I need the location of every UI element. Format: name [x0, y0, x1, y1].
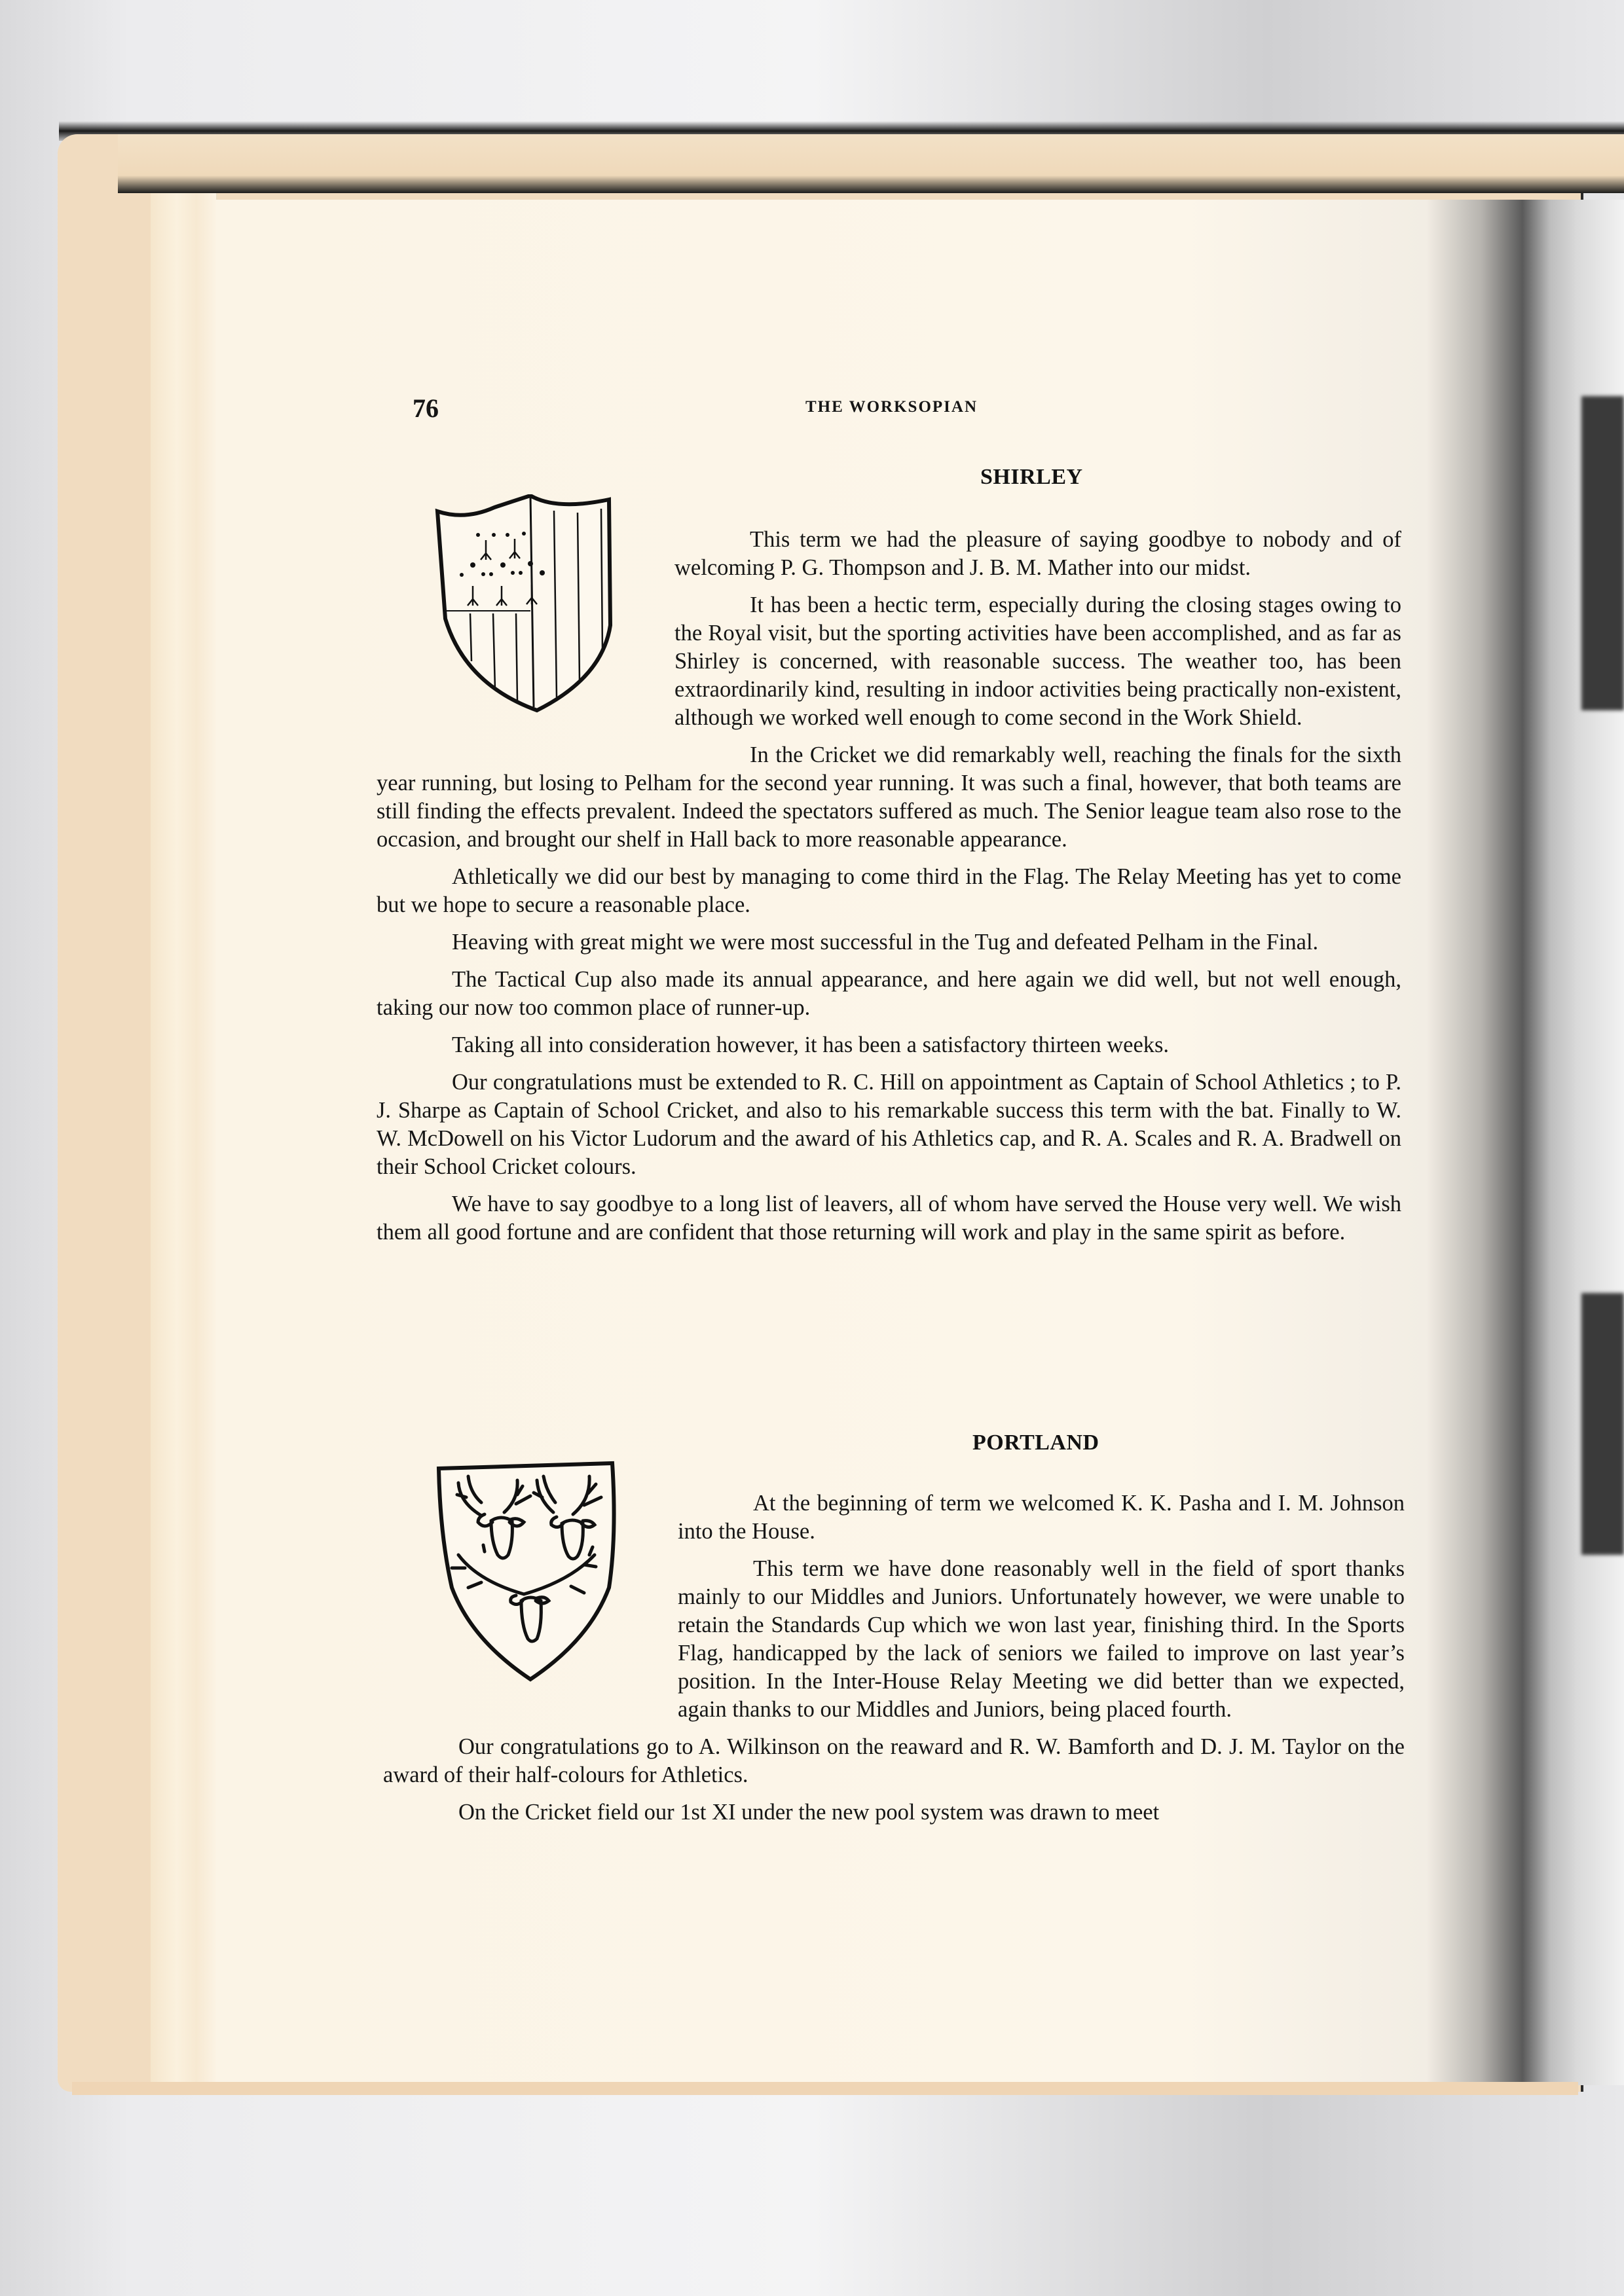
journal-title: THE WORKSOPIAN [805, 398, 978, 416]
running-head: 76 THE WORKSOPIAN [413, 393, 1408, 424]
facing-page-photo [1581, 1293, 1624, 1555]
paragraph: Our congratulations go to A. Wilkinson o… [383, 1733, 1405, 1789]
page-number: 76 [413, 393, 439, 424]
paragraph: Taking all into consideration however, i… [377, 1031, 1401, 1059]
section-title-shirley: SHIRLEY [980, 465, 1083, 490]
facing-page-photo [1581, 396, 1624, 710]
paragraph: Heaving with great might we were most su… [377, 928, 1401, 957]
paragraph: In the Cricket we did remarkably well, r… [377, 741, 1401, 854]
paragraph: Athletically we did our best by managing… [377, 863, 1401, 919]
portland-body: At the beginning of term we welcomed K. … [383, 1489, 1405, 1836]
page-stack-edge [151, 193, 217, 2085]
crest-float-space [377, 526, 674, 742]
book-bottom-edge [72, 2082, 1578, 2095]
paragraph: The Tactical Cup also made its annual ap… [377, 966, 1401, 1022]
facing-page-edge [1575, 200, 1624, 2085]
paragraph: On the Cricket field our 1st XI under th… [383, 1798, 1405, 1827]
crest-float-space [383, 1489, 678, 1713]
book-cover-top-edge [118, 134, 1624, 193]
section-title-portland: PORTLAND [972, 1430, 1099, 1455]
paragraph: Our congratulations must be extended to … [377, 1068, 1401, 1181]
paragraph: We have to say goodbye to a long list of… [377, 1190, 1401, 1247]
shirley-body: This term we had the pleasure of saying … [377, 526, 1401, 1256]
